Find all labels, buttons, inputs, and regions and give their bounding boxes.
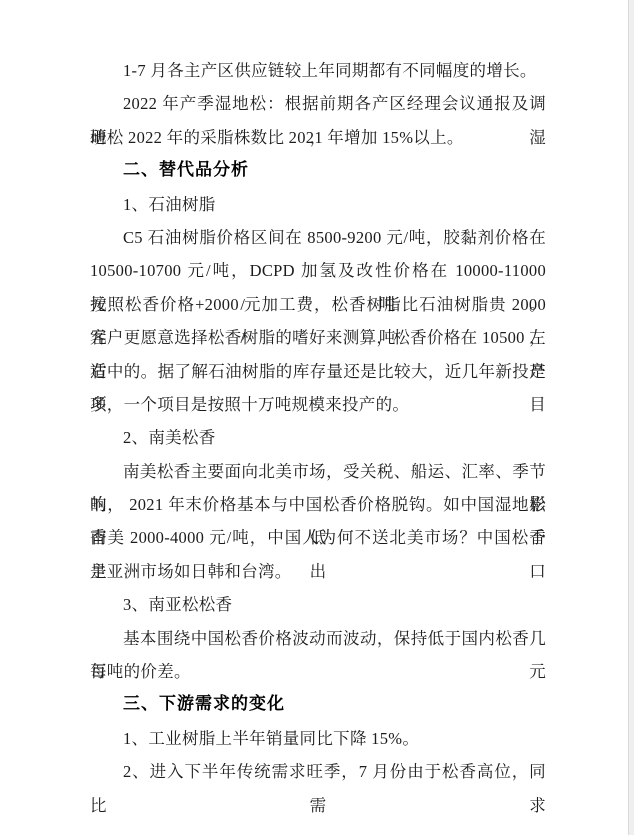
paragraph-line: 2、南美松香 [90, 421, 546, 454]
paragraph-line: 适中的。据了解石油树脂的库存量还是比较大，近几年新投产项目 [90, 355, 546, 388]
paragraph-line: 客户更愿意选择松香树脂的嗜好来测算，松香价格在 10500 左右是 [90, 321, 546, 354]
section-heading: 三、下游需求的变化 [90, 688, 546, 721]
paragraph-line: 南美松香主要面向北美市场，受关税、船运、汇率、季节的影 [90, 455, 546, 488]
document-body: 1-7 月各主产区供应链较上年同期都有不同幅度的增长。2022 年产季湿地松：根… [90, 54, 546, 789]
paragraph-line: 2022 年产季湿地松：根据前期各产区经理会议通报及调研，湿 [90, 87, 546, 120]
paragraph-line: 3、南亚松松香 [90, 588, 546, 621]
paragraph-line: 1、石油树脂 [90, 188, 546, 221]
section-heading: 二、替代品分析 [90, 154, 546, 187]
document-page: 1-7 月各主产区供应链较上年同期都有不同幅度的增长。2022 年产季湿地松：根… [0, 0, 634, 835]
paragraph-line: 2、进入下半年传统需求旺季，7 月份由于松香高位，同比需求 [90, 755, 546, 788]
page-right-edge [628, 0, 634, 835]
paragraph-line: C5 石油树脂价格区间在 8500-9200 元/吨，胶黏剂价格在 [90, 221, 546, 254]
paragraph-line: 1、工业树脂上半年销量同比下降 15%。 [90, 722, 546, 755]
paragraph-line: 基本围绕中国松香价格波动而波动，保持低于国内松香几百元 [90, 622, 546, 655]
paragraph-line: 1-7 月各主产区供应链较上年同期都有不同幅度的增长。 [90, 54, 546, 87]
paragraph-line: 10500-10700 元/吨，DCPD 加氢及改性价格在 10000-1100… [90, 254, 546, 287]
paragraph-line: 按照松香价格+2000 元加工费，松香树脂比石油树脂贵 2000 元/吨， [90, 288, 546, 321]
paragraph-line: 响， 2021 年末价格基本与中国松香价格脱钩。如中国湿地松香低于 [90, 488, 546, 521]
paragraph-line: 南美 2000-4000 元/吨，中国人为何不送北美市场？中国松香主出口 [90, 521, 546, 554]
